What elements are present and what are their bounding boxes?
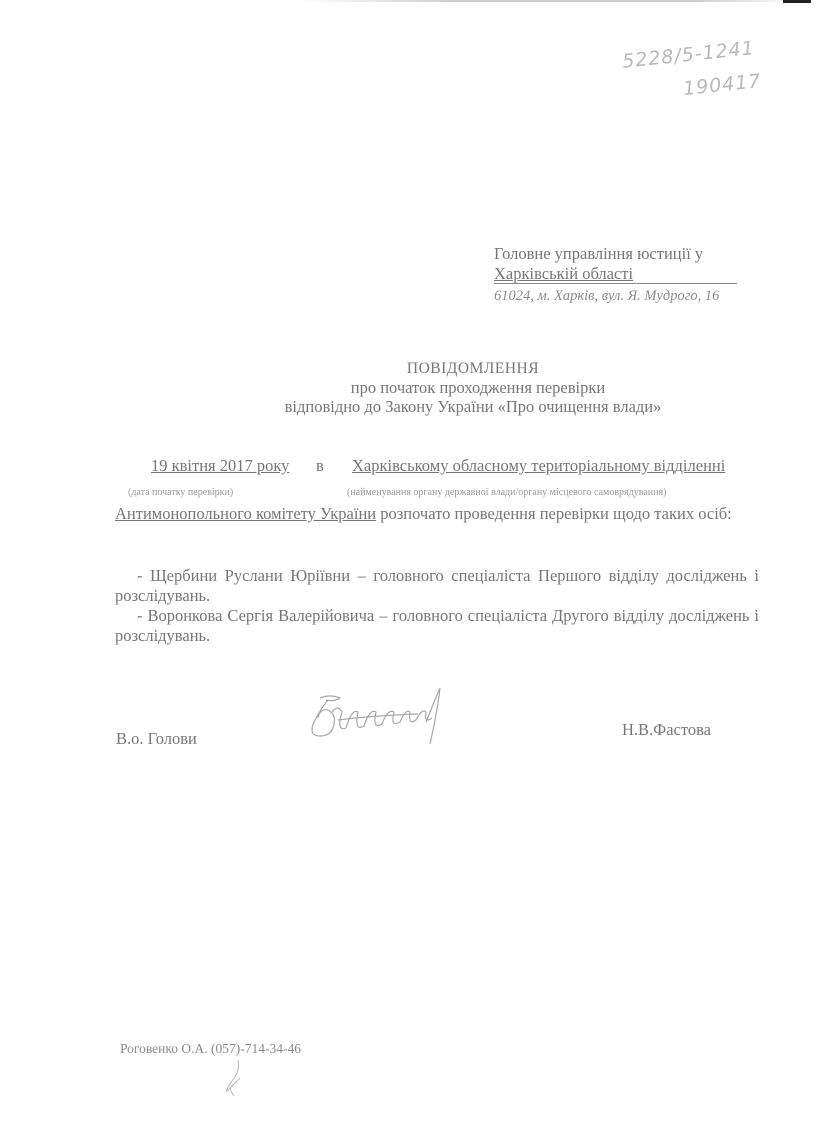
document-subtitle-2: відповідно до Закону України «Про очищен… [130, 397, 816, 416]
preposition: в [316, 456, 324, 476]
check-start-date: 19 квітня 2017 року [151, 456, 289, 476]
addressee-line1: Головне управління юстиції у [494, 244, 737, 264]
signatory-name: Н.В.Фастова [622, 720, 711, 740]
addressee-region: Харківській області [494, 264, 633, 283]
date-caption: (дата початку перевірки) [128, 487, 233, 498]
handwritten-registration-number: 5228/5-1241 [621, 37, 756, 73]
addressee-address: 61024, м. Харків, вул. Я. Мудрого, 16 [494, 286, 737, 306]
signature-icon [298, 682, 458, 752]
addressee-block: Головне управління юстиції у Харківській… [494, 244, 737, 306]
organization-continuation: Антимонопольного комітету України [115, 504, 376, 523]
document-title-block: ПОВІДОМЛЕННЯ про початок проходження пер… [0, 359, 816, 416]
document-title: ПОВІДОМЛЕННЯ [130, 359, 816, 378]
person-item: - Щербини Руслани Юріївни – головного сп… [115, 566, 759, 606]
scan-edge-mark [783, 0, 811, 3]
signatory-role: В.о. Голови [116, 729, 197, 749]
organization-name: Харківському обласному територіальному в… [352, 456, 725, 476]
intro-text: розпочато проведення перевірки щодо таки… [376, 504, 732, 523]
initials-mark-icon [220, 1058, 250, 1098]
executor-contact: Роговенко О.А. (057)-714-34-46 [120, 1041, 301, 1057]
intro-paragraph: Антимонопольного комітету України розпоч… [115, 504, 759, 524]
person-item: - Воронкова Сергія Валерійовича – головн… [115, 606, 759, 646]
organization-caption: (найменування органу державної влади/орг… [347, 487, 666, 498]
handwritten-registration-date: 190417 [682, 70, 762, 100]
scan-edge-line [300, 0, 800, 2]
document-subtitle-1: про початок проходження перевірки [140, 378, 816, 397]
addressee-line2: Харківській області [494, 265, 737, 284]
